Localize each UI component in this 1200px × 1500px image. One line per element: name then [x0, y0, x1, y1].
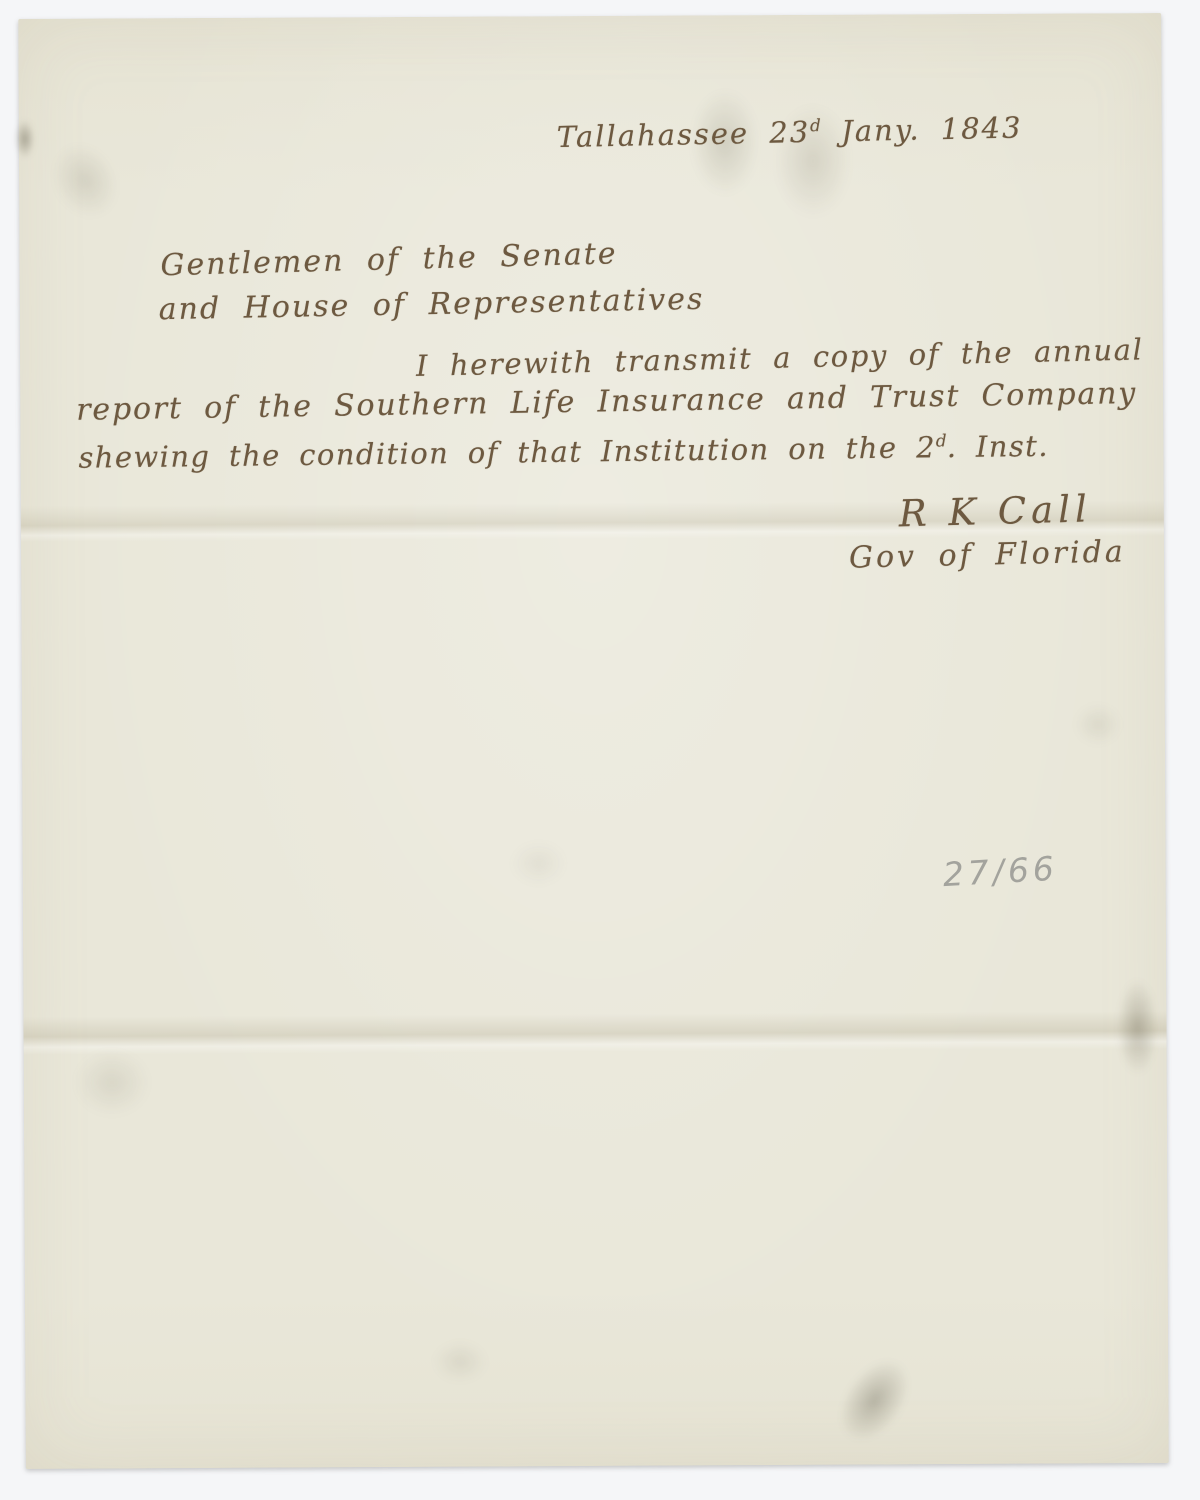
stain-bottom-center — [423, 1333, 497, 1391]
body-line-3-text: shewing the condition of that Institutio… — [78, 430, 936, 474]
fold-crease-lower — [23, 1011, 1166, 1055]
stain-fingerprint-top-2 — [761, 85, 866, 238]
stain-center-faint — [500, 832, 576, 894]
dateline-month-year: Jany. 1843 — [821, 110, 1023, 148]
stain-left-lower — [60, 1036, 164, 1129]
archival-number-pencil: 27/66 — [942, 849, 1059, 895]
salutation-line-2: and House of Representatives — [158, 282, 704, 327]
body-line-3-end: . Inst. — [946, 429, 1049, 464]
stain-right-middle — [1066, 695, 1130, 753]
letter-page: Tallahassee 23d Jany. 1843 Gentlemen of … — [18, 13, 1169, 1469]
salutation-line-1: Gentlemen of the Senate — [160, 236, 618, 283]
body-line-2: report of the Southern Life Insurance an… — [76, 376, 1137, 428]
stain-top-left — [23, 115, 146, 246]
dateline-place-day: Tallahassee 23 — [556, 115, 810, 154]
signature-name: R K Call — [898, 487, 1092, 535]
dateline-superscript: d — [810, 115, 821, 135]
stain-right-edge — [1111, 967, 1164, 1087]
stain-bottom-right — [811, 1332, 938, 1469]
dateline: Tallahassee 23d Jany. 1843 — [556, 110, 1022, 154]
signature-title: Gov of Florida — [849, 534, 1126, 575]
body-line-1: I herewith transmit a copy of the annual — [416, 332, 1144, 382]
stain-left-edge-dot — [13, 115, 37, 163]
body-line-3-superscript: d — [936, 430, 947, 450]
body-line-3: shewing the condition of that Institutio… — [78, 429, 1049, 475]
